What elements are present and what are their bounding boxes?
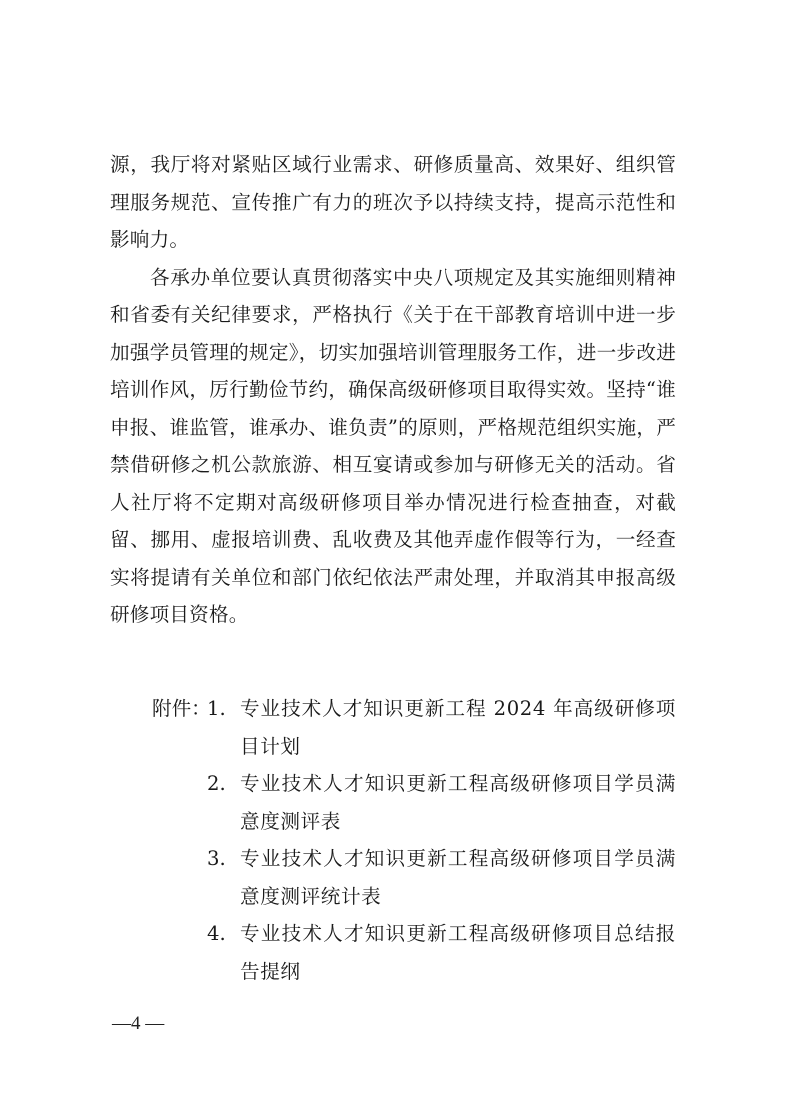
attachment-title: 专业技术人才知识更新工程高级研修项目学员满意度测评统计表 bbox=[240, 847, 676, 908]
page-number: —4 — bbox=[112, 1010, 164, 1038]
attachment-title: 专业技术人才知识更新工程 2024 年高级研修项目计划 bbox=[240, 697, 676, 758]
paragraph-discipline-requirements: 各承办单位要认真贯彻落实中央八项规定及其实施细则精神和省委有关纪律要求，严格执行… bbox=[110, 259, 676, 634]
attachments-label: 附件： bbox=[152, 690, 211, 728]
attachment-title: 专业技术人才知识更新工程高级研修项目学员满意度测评表 bbox=[240, 772, 676, 833]
attachment-item-3: 3. 专业技术人才知识更新工程高级研修项目学员满意度测评统计表 bbox=[240, 840, 676, 915]
paragraph-continuation: 源，我厅将对紧贴区域行业需求、研修质量高、效果好、组织管理服务规范、宣传推广有力… bbox=[110, 146, 676, 259]
body-text: 源，我厅将对紧贴区域行业需求、研修质量高、效果好、组织管理服务规范、宣传推广有力… bbox=[110, 146, 676, 634]
attachment-item-1: 1. 专业技术人才知识更新工程 2024 年高级研修项目计划 bbox=[240, 690, 676, 765]
attachment-number: 4. bbox=[207, 915, 226, 953]
attachment-title: 专业技术人才知识更新工程高级研修项目总结报告提纲 bbox=[240, 922, 676, 983]
attachment-item-2: 2. 专业技术人才知识更新工程高级研修项目学员满意度测评表 bbox=[240, 765, 676, 840]
attachment-number: 1. bbox=[207, 690, 226, 728]
attachments-list: 附件： 1. 专业技术人才知识更新工程 2024 年高级研修项目计划 2. 专业… bbox=[152, 690, 682, 990]
attachment-number: 2. bbox=[207, 765, 226, 803]
attachment-number: 3. bbox=[207, 840, 226, 878]
document-page: 源，我厅将对紧贴区域行业需求、研修质量高、效果好、组织管理服务规范、宣传推广有力… bbox=[0, 0, 785, 1109]
attachment-item-4: 4. 专业技术人才知识更新工程高级研修项目总结报告提纲 bbox=[240, 915, 676, 990]
